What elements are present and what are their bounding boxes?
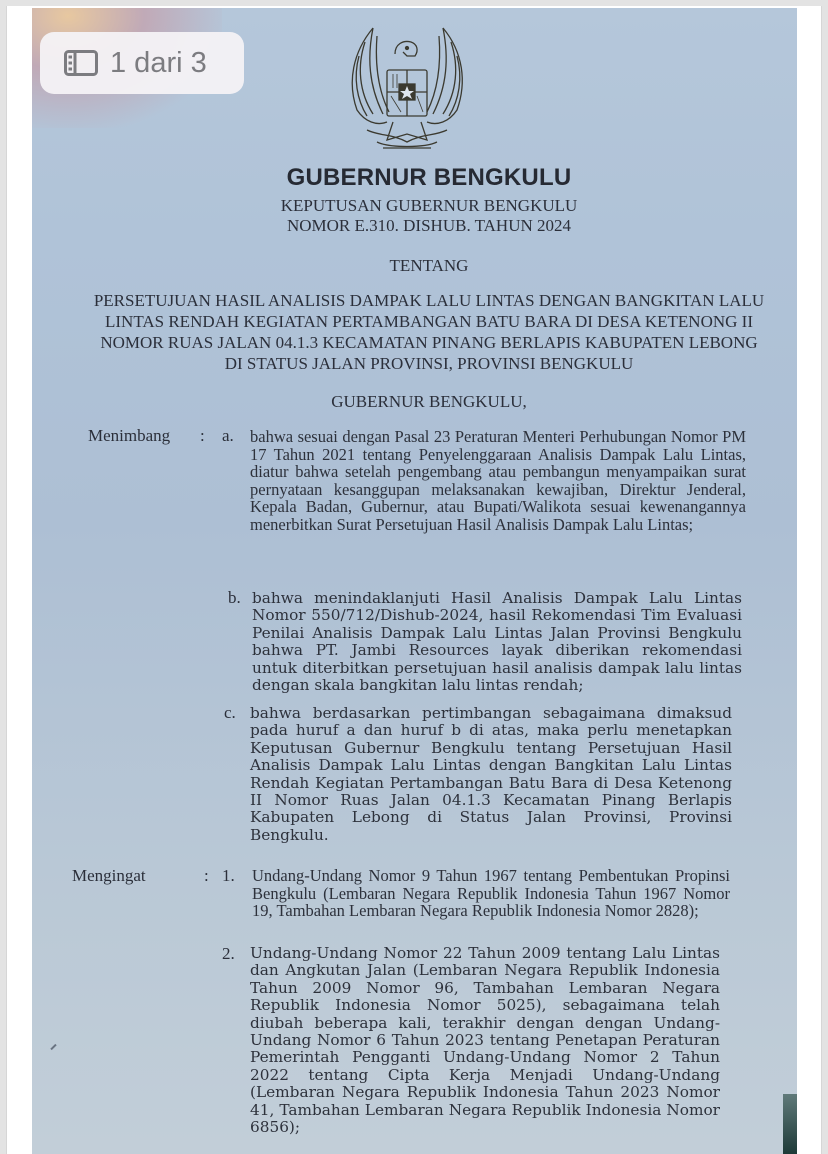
menimbang-item-b: bahwa menindaklanjuti Hasil Analisis Dam… [252, 590, 742, 694]
pen-mark [50, 1044, 56, 1050]
about-heading: TENTANG [30, 256, 828, 276]
menimbang-item-a: bahwa sesuai dengan Pasal 23 Peraturan M… [250, 428, 746, 534]
decree-number: NOMOR E.310. DISHUB. TAHUN 2024 [30, 216, 828, 236]
subject-line: DI STATUS JALAN PROVINSI, PROVINSI BENGK… [30, 353, 828, 374]
menimbang-label: Menimbang [88, 426, 170, 446]
item-marker: a. [222, 426, 234, 446]
document-page: GUBERNUR BENGKULU KEPUTUSAN GUBERNUR BEN… [0, 0, 828, 1154]
decree-title: KEPUTUSAN GUBERNUR BENGKULU [30, 196, 828, 216]
item-marker: b. [228, 588, 241, 608]
mengingat-item-1: Undang-Undang Nomor 9 Tahun 1967 tentang… [252, 867, 730, 920]
page-counter: 1 dari 3 [110, 47, 207, 80]
mengingat-colon: : [204, 866, 209, 886]
menimbang-colon: : [200, 426, 205, 446]
subject-line: PERSETUJUAN HASIL ANALISIS DAMPAK LALU L… [30, 290, 828, 311]
item-marker: 2. [222, 944, 235, 964]
garuda-emblem-icon [343, 22, 471, 162]
item-marker: c. [224, 703, 236, 723]
item-marker: 1. [222, 866, 235, 886]
sidebar-icon[interactable] [64, 50, 98, 76]
menimbang-item-c: bahwa berdasarkan pertimbangan sebagaima… [250, 705, 732, 844]
issuer-salutation: GUBERNUR BENGKULU, [30, 392, 828, 412]
decree-subject: PERSETUJUAN HASIL ANALISIS DAMPAK LALU L… [30, 290, 828, 374]
mengingat-item-2: Undang-Undang Nomor 22 Tahun 2009 tentan… [250, 945, 720, 1136]
subject-line: LINTAS RENDAH KEGIATAN PERTAMBANGAN BATU… [30, 311, 828, 332]
issuer-title: GUBERNUR BENGKULU [30, 164, 828, 192]
subject-line: NOMOR RUAS JALAN 04.1.3 KECAMATAN PINANG… [30, 332, 828, 353]
page-indicator[interactable]: 1 dari 3 [40, 32, 244, 94]
mengingat-label: Mengingat [72, 866, 146, 886]
